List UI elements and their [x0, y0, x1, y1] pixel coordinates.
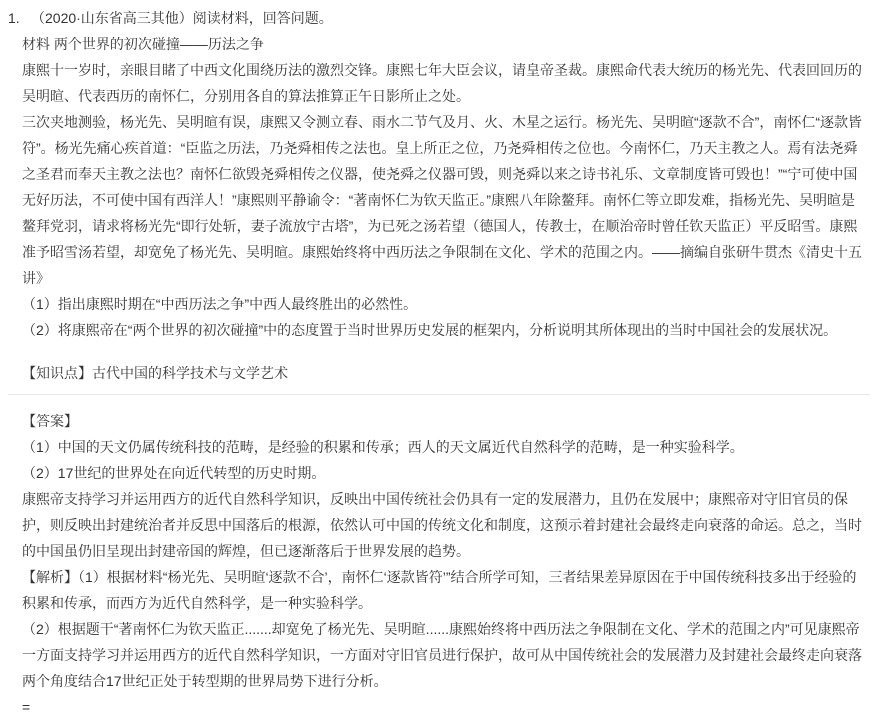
section-divider	[8, 394, 870, 395]
knowledge-point: 【知识点】古代中国的科学技术与文学艺术	[0, 360, 875, 386]
sub-question-1: （1）指出康熙时期在“中西历法之争”中西人最终胜出的必然性。	[0, 291, 875, 317]
footer-equals-mark: =	[0, 694, 875, 720]
question-intro: （2020·山东省高三其他）阅读材料，回答问题。	[31, 5, 868, 31]
material-paragraph-2: 三次夹地测验，杨光先、吴明暄有误，康熙又令测立春、雨水二节气及月、火、木星之运行…	[0, 109, 875, 291]
sub-question-2: （2）将康熙帝在“两个世界的初次碰撞”中的态度置于当时世界历史发展的框架内，分析…	[0, 317, 875, 343]
answer-paragraph-2: （2）17世纪的世界处在向近代转型的历史时期。	[0, 460, 875, 486]
exam-question-page: 1. （2020·山东省高三其他）阅读材料，回答问题。 材料 两个世界的初次碰撞…	[0, 5, 875, 720]
question-number: 1.	[8, 5, 23, 31]
answer-section: 【答案】 （1）中国的天文仍属传统科技的范畴，是经验的积累和传承；西人的天文属近…	[0, 408, 875, 720]
question-header-row: 1. （2020·山东省高三其他）阅读材料，回答问题。	[0, 5, 875, 31]
material-paragraph-1: 康熙十一岁时，亲眼目睹了中西文化围绕历法的激烈交锋。康熙七年大臣会议，请皇帝圣裁…	[0, 57, 875, 109]
answer-paragraph-1: （1）中国的天文仍属传统科技的范畴，是经验的积累和传承；西人的天文属近代自然科学…	[0, 434, 875, 460]
material-title: 材料 两个世界的初次碰撞——历法之争	[0, 31, 875, 57]
analysis-paragraph-1: 【解析】（1）根据材料“杨光先、吴明暄‘逐款不合’，南怀仁‘逐款皆符’”结合所学…	[0, 564, 875, 616]
answer-label: 【答案】	[0, 408, 875, 434]
answer-paragraph-3: 康熙帝支持学习并运用西方的近代自然科学知识，反映出中国传统社会仍具有一定的发展潜…	[0, 486, 875, 564]
analysis-paragraph-2: （2）根据题干“著南怀仁为钦天监正.......却宽免了杨光先、吴明暄.....…	[0, 616, 875, 694]
